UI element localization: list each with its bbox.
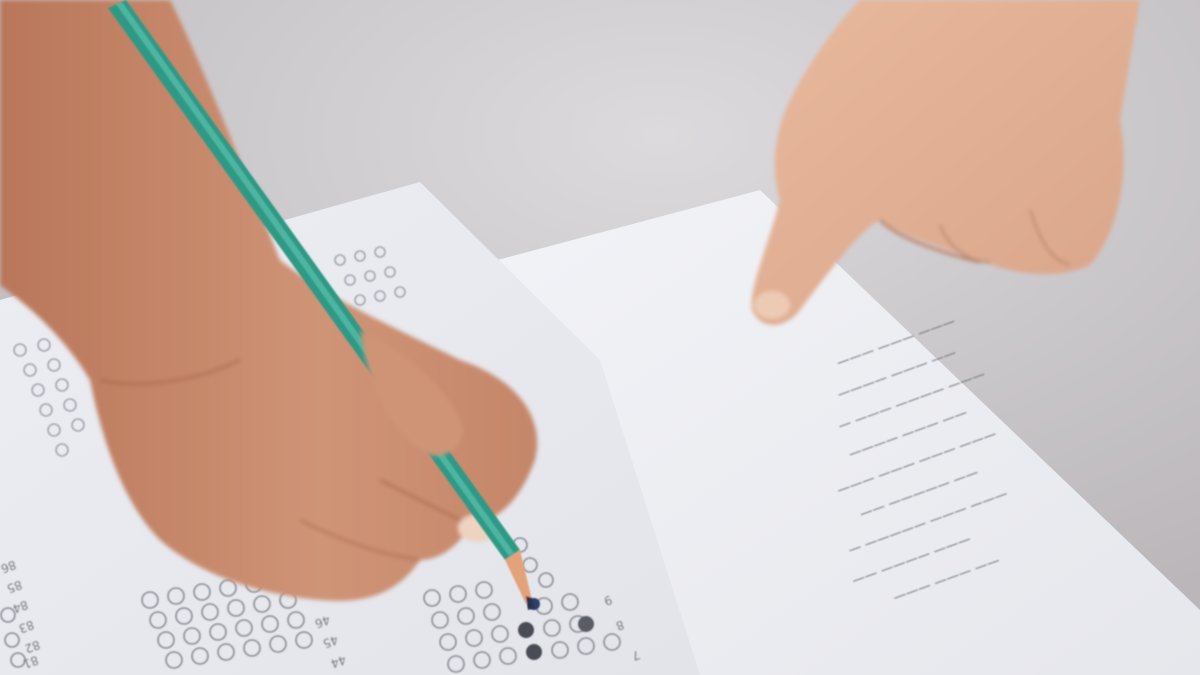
photo-scene: —— ——— ——— ——— ———— —— ——— ——— ————— — —… <box>0 0 1200 675</box>
pencil <box>0 0 1200 675</box>
